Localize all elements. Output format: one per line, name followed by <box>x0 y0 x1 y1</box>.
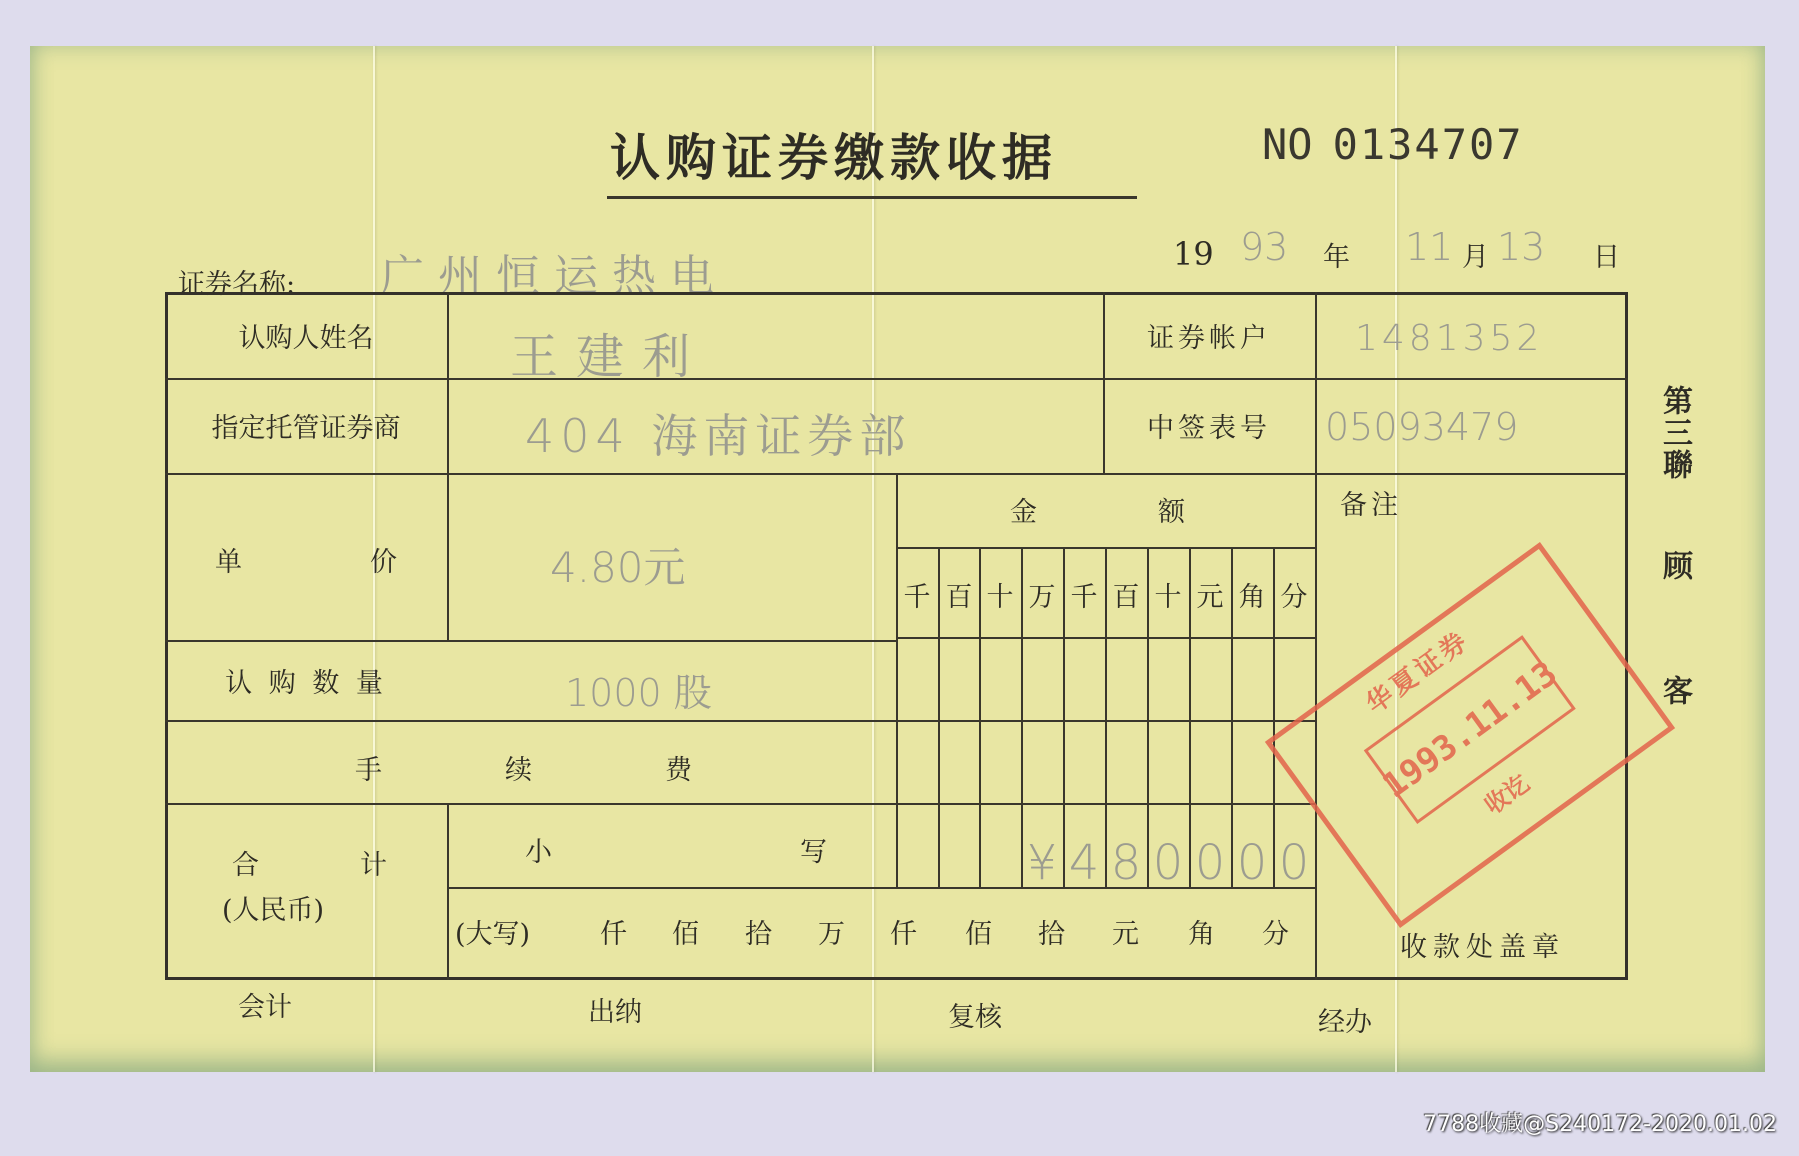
lottery-number-value: 05093479 <box>1325 405 1518 449</box>
capital-unit: 仟 <box>890 912 917 951</box>
total-currency: (人民币) <box>222 888 324 927</box>
amount-col-shi-2: 十 <box>1147 575 1189 614</box>
unit-price-value: 4.80元 <box>550 535 686 595</box>
capital-unit: 分 <box>1262 912 1289 951</box>
total-digit: 0 <box>1189 835 1231 891</box>
date-day-label: 日 <box>1593 235 1620 274</box>
footer-handler: 经办 <box>1318 1000 1372 1039</box>
capital-unit: 角 <box>1188 912 1215 951</box>
total-digit: 0 <box>1273 835 1315 891</box>
total-digit: 0 <box>1231 835 1273 891</box>
date-year-prefix: 19 <box>1173 235 1214 273</box>
amount-col-qian: 千 <box>896 575 938 614</box>
total-digit: ¥ <box>1021 835 1063 891</box>
amount-col-qian-2: 千 <box>1063 575 1105 614</box>
serial-number: NO0134707 <box>1262 120 1524 169</box>
date-day: 13 <box>1497 225 1545 269</box>
date-year-label: 年 <box>1323 235 1350 274</box>
serial-value: 0134707 <box>1333 120 1524 169</box>
capital-amount-label: (大写) <box>455 912 530 951</box>
custodian-label: 指定托管证券商 <box>165 378 447 473</box>
row-divider <box>165 720 1315 722</box>
quantity-value: 1000 股 <box>565 662 712 717</box>
copy-for-1: 顾 <box>1652 550 1696 582</box>
title-underline <box>607 196 1137 199</box>
lottery-number-label: 中签表号 <box>1103 378 1315 473</box>
capital-unit: 元 <box>1112 912 1139 951</box>
footer-accounting: 会计 <box>238 985 292 1024</box>
total-digit: 4 <box>1063 835 1105 891</box>
stamp-label: 收款处盖章 <box>1400 925 1565 964</box>
fee-label-1: 手 <box>355 748 382 787</box>
serial-prefix: NO <box>1262 120 1313 169</box>
capital-unit: 仟 <box>600 912 627 951</box>
capital-unit: 拾 <box>1038 912 1065 951</box>
capital-unit: 佰 <box>965 912 992 951</box>
copy-label: 第三聯 <box>1652 385 1696 481</box>
amount-col-bai: 百 <box>938 575 980 614</box>
col-divider <box>447 803 449 980</box>
amount-col-fen: 分 <box>1273 575 1315 614</box>
amount-header-2: 额 <box>1158 490 1185 529</box>
document-title: 认购证券缴款收据 <box>610 118 1058 190</box>
date-month: 11 <box>1405 225 1453 269</box>
small-write-label-2: 写 <box>800 830 827 869</box>
amount-col-bai-2: 百 <box>1105 575 1147 614</box>
date-month-label: 月 <box>1462 235 1489 274</box>
fee-label-2: 续 <box>505 748 532 787</box>
fee-label-3: 费 <box>665 748 692 787</box>
col-divider <box>447 292 449 640</box>
small-write-label-1: 小 <box>525 830 552 869</box>
capital-unit: 拾 <box>745 912 772 951</box>
capital-unit: 佰 <box>672 912 699 951</box>
amount-col-jiao: 角 <box>1231 575 1273 614</box>
unit-price-label-1: 单 <box>215 540 242 579</box>
col-divider <box>1315 292 1317 980</box>
unit-price-label-2: 价 <box>370 540 397 579</box>
footer-cashier: 出纳 <box>588 990 642 1029</box>
subscriber-name-value: 王建利 <box>510 318 708 387</box>
account-value: 1481352 <box>1355 318 1543 359</box>
date-year: 93 <box>1240 225 1288 269</box>
total-digit: 8 <box>1105 835 1147 891</box>
total-label-1: 合 <box>232 843 259 882</box>
remarks-label: 备注 <box>1340 483 1402 522</box>
total-label-2: 计 <box>360 843 387 882</box>
amount-col-shi: 十 <box>979 575 1021 614</box>
total-digit: 0 <box>1147 835 1189 891</box>
subscriber-name-label: 认购人姓名 <box>165 292 447 378</box>
watermark-text: 7788收藏@S240172-2020.01.02 <box>1423 1107 1777 1138</box>
footer-review: 复核 <box>948 995 1002 1034</box>
amount-col-yuan: 元 <box>1189 575 1231 614</box>
custodian-value: 404 海南证券部 <box>525 400 911 466</box>
col-divider <box>896 473 898 887</box>
amount-header-1: 金 <box>1010 490 1037 529</box>
capital-unit: 万 <box>818 912 845 951</box>
amount-col-wan: 万 <box>1021 575 1063 614</box>
row-divider <box>165 803 1315 805</box>
quantity-label: 认 购 数 量 <box>165 640 447 720</box>
copy-for-2: 客 <box>1652 675 1696 707</box>
account-label: 证券帐户 <box>1103 292 1315 378</box>
